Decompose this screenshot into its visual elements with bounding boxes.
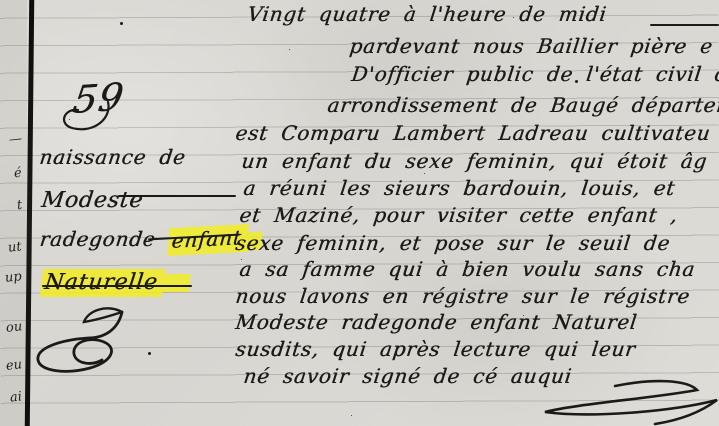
body-line: né savoir signé de cé auqui — [242, 363, 574, 389]
edge-text-fragment: — — [8, 131, 22, 147]
margin-line-naturelle: Naturelle — [40, 270, 191, 295]
margin-line-modeste: Modeste — [40, 188, 145, 213]
pen-stroke-line-filler — [650, 24, 719, 26]
edge-text-fragment: é — [14, 166, 23, 182]
body-line: sexe feminin, et pose sur le seuil de — [234, 230, 672, 256]
body-line: D'officier public de l'état civil d — [350, 61, 719, 87]
body-line: a réuni les sieurs bardouin, louis, et — [242, 175, 677, 201]
body-line: a sa famme qui à bien voulu sans cha — [238, 256, 697, 282]
record-number-flourish — [56, 96, 126, 142]
body-line: arrondissement de Baugé départemen — [326, 92, 719, 118]
body-line: Vingt quatre à l'heure de midi — [246, 1, 608, 27]
body-line: un enfant du sexe feminin, qui étoit âg — [240, 148, 709, 174]
scanned-register-page: — é t ut up ou eu ai 59 naissance de Mod… — [0, 0, 719, 426]
margin-word-radegonde: radegonde — [38, 227, 157, 251]
edge-text-fragment: ou — [5, 319, 23, 336]
body-line: susdits, qui après lecture qui leur — [234, 336, 637, 362]
facing-page-edge: — é t ut up ou eu ai — [0, 0, 27, 426]
margin-line-naissance: naissance de — [38, 145, 187, 170]
body-line: pardevant nous Baillier pière e — [348, 33, 714, 59]
body-line: est Comparu Lambert Ladreau cultivateu — [234, 120, 712, 146]
highlighted-word-naturelle: Naturelle — [40, 269, 166, 297]
body-line: et Maziné, pour visiter cette enfant , — [238, 202, 679, 228]
edge-text-fragment: ut — [8, 239, 23, 255]
edge-text-fragment: t — [16, 198, 23, 213]
pen-stroke-through-naturelle — [42, 285, 192, 287]
signature-flourish — [535, 378, 719, 426]
margin-paraph-flourish — [30, 302, 140, 382]
pen-stroke-after-modeste — [118, 195, 236, 197]
body-line: Modeste radegonde enfant Naturel — [234, 309, 639, 335]
body-line: nous lavons en régistre sur le régistre — [234, 283, 692, 309]
ink-specks — [120, 22, 123, 25]
edge-text-fragment: eu — [5, 357, 23, 374]
highlight-extension — [163, 274, 191, 292]
edge-text-fragment: ai — [9, 389, 22, 405]
edge-text-fragment: up — [5, 269, 23, 286]
